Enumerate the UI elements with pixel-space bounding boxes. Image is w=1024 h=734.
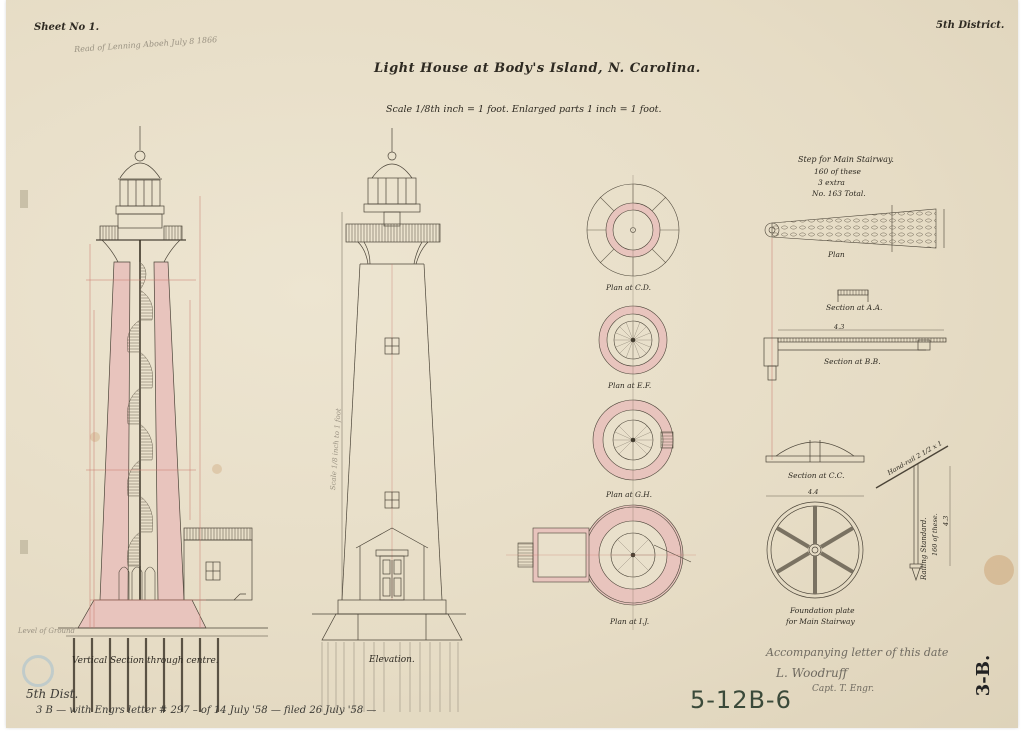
- section-aa-label: Section at A.A.: [826, 303, 882, 312]
- foundation-dimension: 4.4: [808, 488, 818, 496]
- railing-count-label: 160 of these.: [931, 513, 939, 556]
- catalog-number: 5-12B-6: [690, 686, 792, 714]
- section-cc-drawing: [766, 440, 864, 462]
- elevation-drawing: [312, 128, 466, 640]
- plan-cd-label: Plan at C.D.: [606, 283, 651, 292]
- step-heading: Step for Main Stairway.: [798, 155, 894, 164]
- section-bb-label: Section at B.B.: [824, 357, 881, 366]
- step-count-line3: No. 163 Total.: [812, 189, 866, 198]
- section-cc-label: Section at C.C.: [788, 471, 845, 480]
- step-plan-drawing: [765, 205, 944, 252]
- railing-standard-label: Railing Standard.: [920, 517, 928, 580]
- section-aa-drawing: [838, 290, 868, 302]
- plan-ij-label: Plan at I.J.: [610, 617, 649, 626]
- section-bb-dimension: 4.3: [834, 323, 844, 331]
- drawing-sheet: Sheet No 1. Read of Lenning Aboeh July 8…: [6, 0, 1018, 728]
- section-foundation: [78, 600, 206, 628]
- vertical-section-drawing: [96, 126, 186, 262]
- section-piles: [74, 638, 218, 712]
- ground-level-note: Level of Ground: [18, 627, 75, 635]
- signature-line-3: Capt. T. Engr.: [812, 684, 874, 694]
- section-wall-left: [100, 262, 130, 600]
- filing-line-2: 3 B — with Engrs letter # 297 – of 14 Ju…: [36, 705, 376, 716]
- step-count-line1: 160 of these: [814, 167, 861, 176]
- plan-ef-label: Plan at E.F.: [608, 381, 651, 390]
- step-count-line2: 3 extra: [818, 178, 845, 187]
- railing-dimension: 4.3: [942, 516, 950, 526]
- spiral-stair: [127, 262, 153, 566]
- signature-line-2: L. Woodruff: [776, 666, 847, 680]
- elevation-piles: [322, 642, 458, 712]
- plan-gh-label: Plan at G.H.: [606, 490, 652, 499]
- section-wall-right: [154, 262, 184, 600]
- elevation-label: Elevation.: [369, 655, 415, 665]
- step-plan-label: Plan: [828, 250, 845, 259]
- foundation-label-2: for Main Stairway: [786, 617, 855, 626]
- signature-line-1: Accompanying letter of this date: [766, 646, 948, 659]
- vertical-section-label: Vertical Section through centre.: [72, 656, 219, 666]
- foundation-plate-drawing: [766, 496, 864, 598]
- foundation-label-1: Foundation plate: [790, 606, 855, 615]
- archive-tab-label: 3-B.: [973, 655, 994, 696]
- section-bb-drawing: [764, 330, 946, 380]
- filing-line-1: 5th Dist.: [26, 687, 78, 701]
- section-oil-house: [184, 528, 252, 600]
